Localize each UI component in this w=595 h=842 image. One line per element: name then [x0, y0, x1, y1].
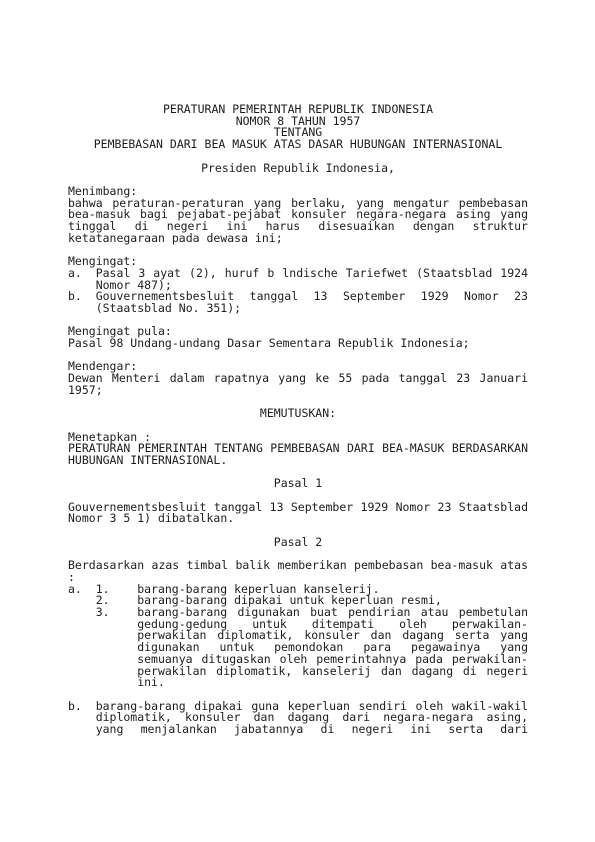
text-line: PEMBEBASAN DARI BEA MASUK ATAS DASAR HUB… — [68, 139, 528, 151]
text-line: Pasal 2 — [68, 537, 528, 549]
list-marker: 3. — [96, 607, 110, 619]
document-text: PERATURAN PEMERINTAH REPUBLIK INDONESIAN… — [68, 104, 528, 736]
list-marker: a. — [68, 584, 82, 596]
blank-line — [68, 174, 528, 186]
text-line: ini. — [68, 677, 528, 689]
text-line: HUBUNGAN INTERNASIONAL. — [68, 455, 528, 467]
list-marker: a. — [68, 268, 82, 280]
text-line: Pasal 98 Undang-undang Dasar Sementara R… — [68, 338, 528, 350]
text-line: MEMUTUSKAN: — [68, 408, 528, 420]
text-line: Pasal 1 — [68, 478, 528, 490]
document-page: PERATURAN PEMERINTAH REPUBLIK INDONESIAN… — [0, 0, 595, 842]
text-line: ketatanegaraan pada dewasa ini; — [68, 233, 528, 245]
text-line: Nomor 3 5 1) dibatalkan. — [68, 513, 528, 525]
text-line: yang menjalankan jabatannya di negeri in… — [68, 724, 528, 736]
text-line: (Staatsblad No. 351); — [68, 303, 528, 315]
blank-line — [68, 244, 528, 256]
blank-line — [68, 350, 528, 362]
text-line: Dewan Menteri dalam rapatnya yang ke 55 … — [68, 373, 528, 385]
text-line: 1957; — [68, 385, 528, 397]
list-marker: b. — [68, 291, 82, 303]
text-line: Berdasarkan azas timbal balik memberikan… — [68, 560, 528, 572]
text-line: Presiden Republik Indonesia, — [68, 163, 528, 175]
list-marker: b. — [68, 701, 82, 713]
